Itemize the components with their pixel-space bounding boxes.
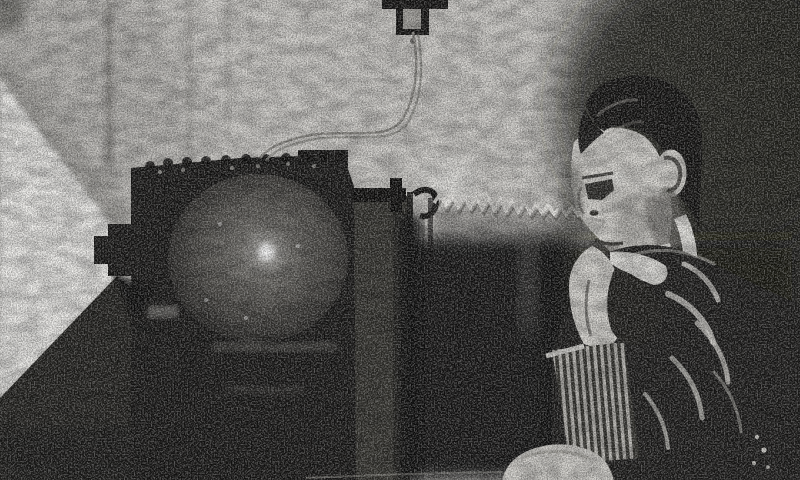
halftone-illustration: Grainy vintage halftone illustration: a … xyxy=(0,0,800,480)
grain-white-overlay xyxy=(0,0,800,480)
film-grain xyxy=(0,0,800,480)
scene-canvas xyxy=(0,0,800,480)
